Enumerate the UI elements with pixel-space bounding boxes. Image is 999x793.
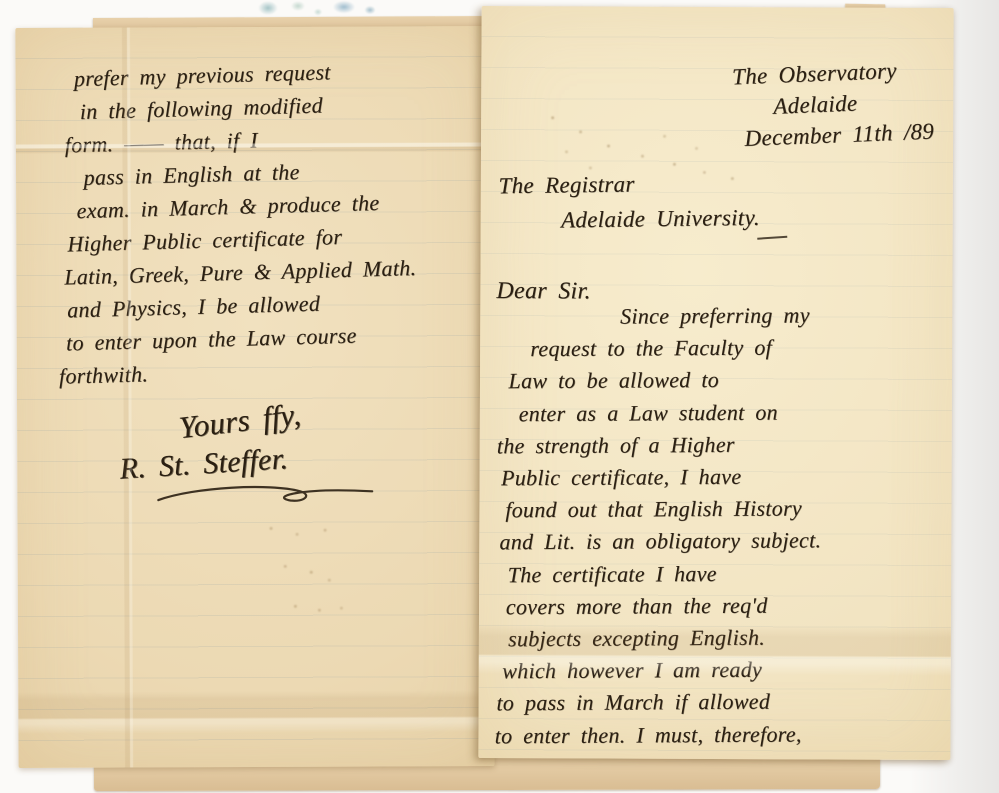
letter-page-left: prefer my previous request in the follow… xyxy=(15,26,494,768)
handwritten-line: which however I am ready xyxy=(502,653,940,688)
handwritten-line: Public certificate, I have xyxy=(501,460,939,495)
handwritten-line: covers more than the req'd xyxy=(506,588,940,623)
handwritten-line: the strength of a Higher xyxy=(497,427,939,462)
pen-underline xyxy=(757,236,787,240)
handwritten-line: enter as a Law student on xyxy=(519,395,939,430)
handwritten-line: Law to be allowed to xyxy=(508,363,938,398)
handwritten-line: The certificate I have xyxy=(508,556,940,591)
handwritten-line: and Lit. is an obligatory subject. xyxy=(499,524,939,559)
ink-bleedthrough-marks xyxy=(266,523,269,526)
handwritten-line: to pass in March if allowed xyxy=(496,685,940,720)
recipient-institution: Adelaide University. xyxy=(561,200,760,238)
letter-body: Since preferring my request to the Facul… xyxy=(490,299,941,753)
ink-bleedthrough-marks xyxy=(545,110,548,113)
left-page-text: prefer my previous request in the follow… xyxy=(50,51,494,513)
recipient-name: The Registrar xyxy=(498,165,759,203)
handwritten-line: found out that English History xyxy=(505,492,939,527)
handwritten-line: Since preferring my xyxy=(620,299,938,333)
letter-page-right: The Observatory Adelaide December 11th /… xyxy=(478,6,953,760)
ink-stain xyxy=(248,0,388,22)
letterhead: The Observatory Adelaide December 11th /… xyxy=(731,54,934,155)
handwritten-line: to enter then. I must, therefore, xyxy=(495,717,941,752)
scanned-letter: prefer my previous request in the follow… xyxy=(0,0,999,793)
handwritten-line: subjects excepting English. xyxy=(508,621,940,656)
handwritten-line: request to the Faculty of xyxy=(530,331,938,366)
letterhead-date: December 11th /89 xyxy=(744,116,935,154)
recipient-address: The Registrar Adelaide University. xyxy=(498,165,760,238)
